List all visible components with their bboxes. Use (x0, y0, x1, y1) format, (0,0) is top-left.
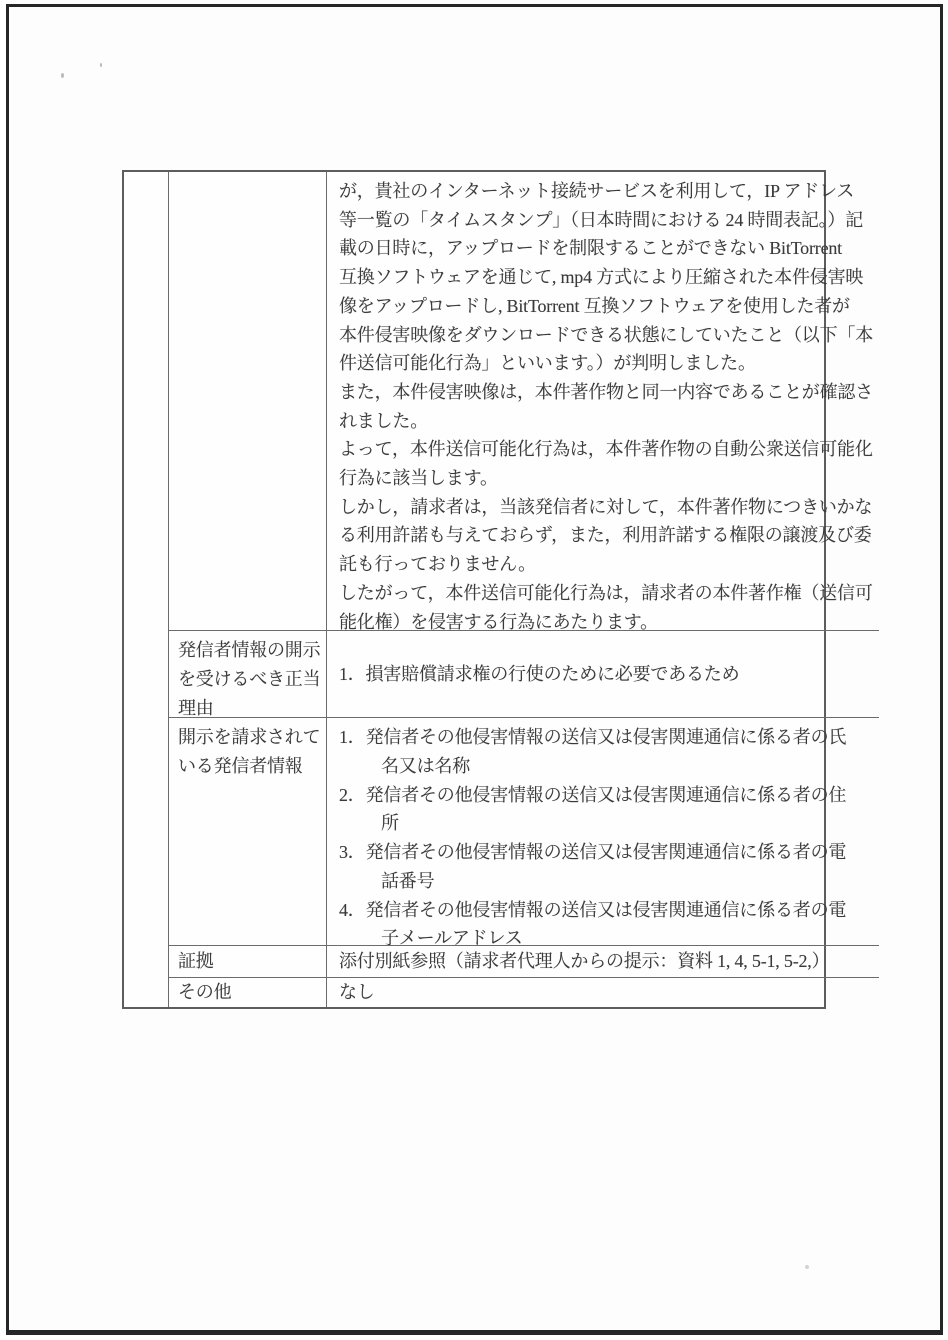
row-label-cell: 証拠 (169, 946, 327, 977)
label-line: 発信者情報の開示 (178, 636, 322, 665)
scan-speck (805, 1265, 809, 1269)
label-line: その他 (178, 978, 322, 1007)
row-evidence: 証拠 添付別紙参照（請求者代理人からの提示：資料 1, 4, 5-1, 5-2,… (169, 945, 879, 977)
content-line: 託も行っておりません。 (339, 550, 873, 579)
label-line: 理由 (178, 694, 322, 718)
content-line: 4．発信者その他侵害情報の送信又は侵害関連通信に係る者の電 (339, 896, 873, 925)
content-line: 1．発信者その他侵害情報の送信又は侵害関連通信に係る者の氏 (339, 723, 873, 752)
content-line: 件送信可能化行為」といいます。）が判明しました。 (339, 349, 873, 378)
content-line: 名又は名称 (339, 752, 873, 781)
content-line: 能化権）を侵害する行為にあたります。 (339, 608, 873, 630)
label-line: を受けるべき正当 (178, 665, 322, 694)
row-content-cell: 添付別紙参照（請求者代理人からの提示：資料 1, 4, 5-1, 5-2,） (327, 946, 879, 977)
content-line: 2．発信者その他侵害情報の送信又は侵害関連通信に係る者の住 (339, 781, 873, 810)
label-line: 証拠 (178, 947, 322, 976)
content-line: したがって，本件送信可能化行為は，請求者の本件著作権（送信可 (339, 579, 873, 608)
scan-speck (100, 63, 102, 67)
row-disclosure-justification: 発信者情報の開示 を受けるべき正当 理由 1．損害賠償請求権の行使のために必要で… (169, 630, 879, 718)
row-label-cell (169, 172, 327, 630)
row-content-cell: なし (327, 978, 879, 1007)
content-line: 3．発信者その他侵害情報の送信又は侵害関連通信に係る者の電 (339, 838, 873, 867)
content-line: 像をアップロードし, BitTorrent 互換ソフトウェアを使用した者が (339, 292, 873, 321)
content-line: 所 (339, 809, 873, 838)
row-label-cell: 発信者情報の開示 を受けるべき正当 理由 (169, 631, 327, 718)
row-content-cell: 1．発信者その他侵害情報の送信又は侵害関連通信に係る者の氏 名又は名称 2．発信… (327, 718, 879, 945)
content-line: 添付別紙参照（請求者代理人からの提示：資料 1, 4, 5-1, 5-2,） (339, 947, 873, 976)
content-line: 互換ソフトウェアを通じて, mp4 方式により圧縮された本件侵害映 (339, 263, 873, 292)
content-line: る利用許諾も与えておらず，また，利用許諾する権限の譲渡及び委 (339, 521, 873, 550)
content-line: なし (339, 978, 873, 1007)
row-label-cell: その他 (169, 978, 327, 1007)
label-line: 開示を請求されて (178, 723, 322, 752)
disclosure-request-table: が，貴社のインターネット接続サービスを利用して，IP アドレス 等一覧の「タイム… (122, 170, 826, 1009)
content-line: 話番号 (339, 867, 873, 896)
content-line: また，本件侵害映像は，本件著作物と同一内容であることが確認さ (339, 378, 873, 407)
row-requested-sender-info: 開示を請求されて いる発信者情報 1．発信者その他侵害情報の送信又は侵害関連通信… (169, 717, 879, 945)
content-line: 載の日時に，アップロードを制限することができない BitTorrent (339, 234, 873, 263)
content-line: が，貴社のインターネット接続サービスを利用して，IP アドレス (339, 177, 873, 206)
row-other: その他 なし (169, 977, 879, 1007)
content-line: しかし，請求者は，当該発信者に対して，本件著作物につきいかな (339, 493, 873, 522)
scan-speck (61, 73, 64, 78)
content-line: 等一覧の「タイムスタンプ」（日本時間における 24 時間表記。）記 (339, 206, 873, 235)
content-line: れました。 (339, 407, 873, 436)
content-line: 子メールアドレス (339, 924, 873, 945)
content-line: よって，本件送信可能化行為は，本件著作物の自動公衆送信可能化 (339, 435, 873, 464)
content-line: 1．損害賠償請求権の行使のために必要であるため (339, 660, 873, 689)
content-line: 本件侵害映像をダウンロードできる状態にしていたこと（以下「本 (339, 321, 873, 350)
empty-number-column (124, 172, 169, 1007)
row-content-cell: 1．損害賠償請求権の行使のために必要であるため (327, 631, 879, 718)
row-content-cell: が，貴社のインターネット接続サービスを利用して，IP アドレス 等一覧の「タイム… (327, 172, 879, 630)
row-label-cell: 開示を請求されて いる発信者情報 (169, 718, 327, 945)
row-infringement-description: が，貴社のインターネット接続サービスを利用して，IP アドレス 等一覧の「タイム… (169, 172, 879, 630)
content-line: 行為に該当します。 (339, 464, 873, 493)
label-line: いる発信者情報 (178, 752, 322, 781)
